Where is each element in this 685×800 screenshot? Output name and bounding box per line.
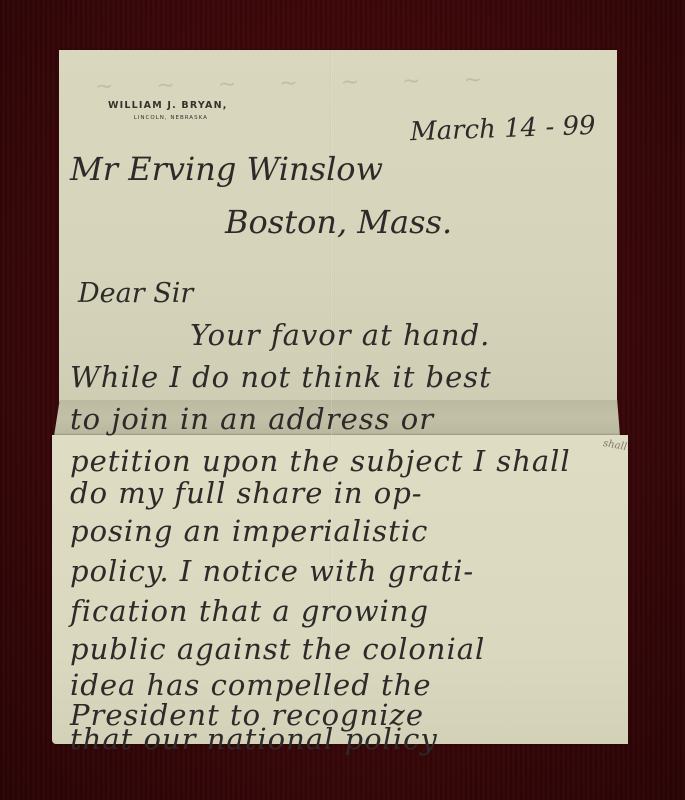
body-line: posing an imperialistic bbox=[70, 514, 428, 548]
recipient-name: Mr Erving Winslow bbox=[70, 150, 383, 188]
recipient-location: Boston, Mass. bbox=[225, 203, 452, 241]
body-line: that our national policy bbox=[70, 722, 438, 756]
letter-page: ~ ~ ~ ~ ~ ~ ~ WILLIAM J. BRYAN, LINCOLN,… bbox=[0, 0, 685, 800]
body-line: to join in an address or bbox=[70, 402, 434, 436]
body-line: Your favor at hand. bbox=[190, 318, 490, 352]
body-line: fication that a growing bbox=[70, 594, 429, 628]
letterhead-place: LINCOLN, NEBRASKA bbox=[114, 115, 228, 121]
body-line: idea has compelled the bbox=[70, 668, 432, 702]
letterhead-name: WILLIAM J. BRYAN, bbox=[108, 100, 228, 111]
body-line: do my full share in op- bbox=[70, 476, 423, 510]
letterhead: WILLIAM J. BRYAN, LINCOLN, NEBRASKA bbox=[108, 100, 228, 121]
body-line: public against the colonial bbox=[70, 632, 485, 666]
body-line: While I do not think it best bbox=[70, 360, 492, 394]
body-line: petition upon the subject I shall bbox=[70, 444, 571, 478]
salutation: Dear Sir bbox=[78, 278, 193, 309]
body-line: policy. I notice with grati- bbox=[70, 554, 474, 588]
